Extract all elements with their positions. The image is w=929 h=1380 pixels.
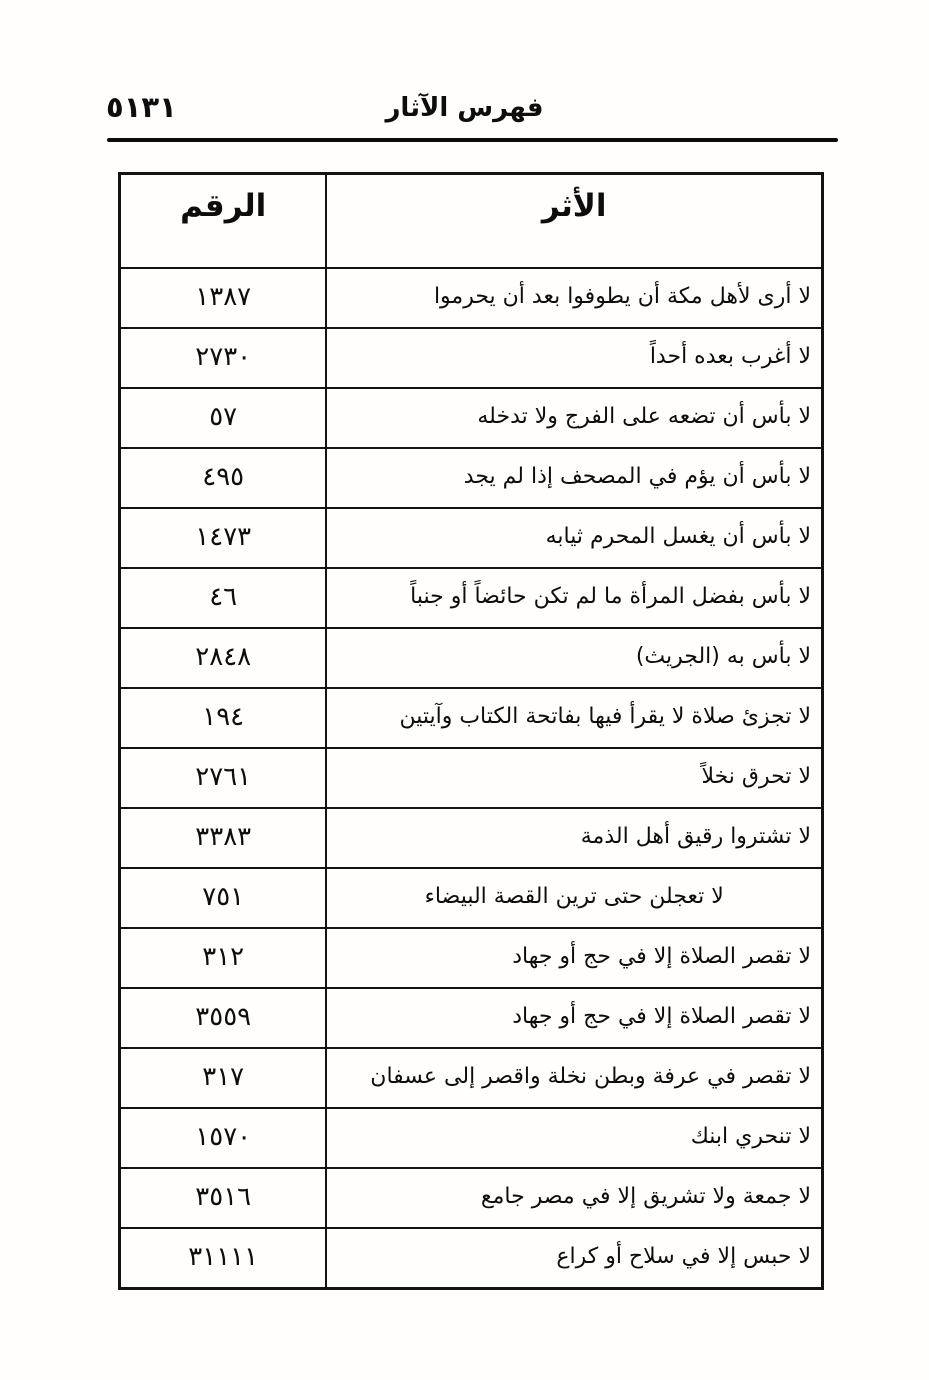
table-row: لا أرى لأهل مكة أن يطوفوا بعد أن يحرموا١… (120, 268, 823, 328)
athar-number: ٣١١١١ (120, 1228, 327, 1289)
table-row: لا جمعة ولا تشريق إلا في مصر جامع٣٥١٦ (120, 1168, 823, 1228)
athar-number: ٧٥١ (120, 868, 327, 928)
athar-number: ٤٩٥ (120, 448, 327, 508)
athar-text: لا جمعة ولا تشريق إلا في مصر جامع (326, 1168, 822, 1228)
athar-text: لا تجزئ صلاة لا يقرأ فيها بفاتحة الكتاب … (326, 688, 822, 748)
table-row: لا تشتروا رقيق أهل الذمة٣٣٨٣ (120, 808, 823, 868)
table-row: لا حبس إلا في سلاح أو كراع٣١١١١ (120, 1228, 823, 1289)
table-row: لا تجزئ صلاة لا يقرأ فيها بفاتحة الكتاب … (120, 688, 823, 748)
athar-text: لا بأس أن يؤم في المصحف إذا لم يجد (326, 448, 822, 508)
athar-text: لا أرى لأهل مكة أن يطوفوا بعد أن يحرموا (326, 268, 822, 328)
table-row: لا تعجلن حتى ترين القصة البيضاء٧٥١ (120, 868, 823, 928)
table-row: لا أغرب بعده أحداً٢٧٣٠ (120, 328, 823, 388)
athar-number: ١٩٤ (120, 688, 327, 748)
table-row: لا بأس بفضل المرأة ما لم تكن حائضاً أو ج… (120, 568, 823, 628)
table-row: لا بأس أن تضعه على الفرج ولا تدخله٥٧ (120, 388, 823, 448)
athar-text: لا تنحري ابنك (326, 1108, 822, 1168)
athar-number: ٣١٧ (120, 1048, 327, 1108)
athar-number: ٢٨٤٨ (120, 628, 327, 688)
athar-text: لا تعجلن حتى ترين القصة البيضاء (326, 868, 822, 928)
header-rule (107, 138, 838, 142)
athar-number: ٣٥١٦ (120, 1168, 327, 1228)
athar-text: لا بأس بفضل المرأة ما لم تكن حائضاً أو ج… (326, 568, 822, 628)
table-row: لا تحرق نخلاً٢٧٦١ (120, 748, 823, 808)
athar-number: ٢٧٦١ (120, 748, 327, 808)
athar-text: لا أغرب بعده أحداً (326, 328, 822, 388)
athar-text: لا تقصر في عرفة وبطن نخلة واقصر إلى عسفا… (326, 1048, 822, 1108)
athar-text: لا تقصر الصلاة إلا في حج أو جهاد (326, 988, 822, 1048)
table-row: لا تقصر الصلاة إلا في حج أو جهاد٣١٢ (120, 928, 823, 988)
athar-number: ٥٧ (120, 388, 327, 448)
page-title: فهرس الآثار (0, 93, 929, 123)
athar-text: لا تقصر الصلاة إلا في حج أو جهاد (326, 928, 822, 988)
athar-text: لا بأس به (الجريث) (326, 628, 822, 688)
athar-index-table: الأثر الرقم لا أرى لأهل مكة أن يطوفوا بع… (118, 172, 824, 1290)
column-header-number: الرقم (120, 174, 327, 269)
athar-number: ٢٧٣٠ (120, 328, 327, 388)
book-page: ٥١٣١ فهرس الآثار الأثر الرقم لا أرى لأهل… (0, 0, 929, 1380)
table-row: لا تقصر في عرفة وبطن نخلة واقصر إلى عسفا… (120, 1048, 823, 1108)
table-row: لا تقصر الصلاة إلا في حج أو جهاد٣٥٥٩ (120, 988, 823, 1048)
athar-text: لا تشتروا رقيق أهل الذمة (326, 808, 822, 868)
athar-number: ٤٦ (120, 568, 327, 628)
athar-text: لا حبس إلا في سلاح أو كراع (326, 1228, 822, 1289)
table-row: لا بأس به (الجريث)٢٨٤٨ (120, 628, 823, 688)
athar-number: ٣٥٥٩ (120, 988, 327, 1048)
table-header-row: الأثر الرقم (120, 174, 823, 269)
athar-number: ٣٣٨٣ (120, 808, 327, 868)
column-header-athar: الأثر (326, 174, 822, 269)
athar-number: ١٣٨٧ (120, 268, 327, 328)
athar-text: لا تحرق نخلاً (326, 748, 822, 808)
athar-text: لا بأس أن تضعه على الفرج ولا تدخله (326, 388, 822, 448)
table-row: لا بأس أن يغسل المحرم ثيابه١٤٧٣ (120, 508, 823, 568)
table-row: لا تنحري ابنك١٥٧٠ (120, 1108, 823, 1168)
athar-text: لا بأس أن يغسل المحرم ثيابه (326, 508, 822, 568)
table-body: لا أرى لأهل مكة أن يطوفوا بعد أن يحرموا١… (120, 268, 823, 1289)
table-row: لا بأس أن يؤم في المصحف إذا لم يجد٤٩٥ (120, 448, 823, 508)
athar-number: ١٥٧٠ (120, 1108, 327, 1168)
athar-number: ٣١٢ (120, 928, 327, 988)
athar-number: ١٤٧٣ (120, 508, 327, 568)
